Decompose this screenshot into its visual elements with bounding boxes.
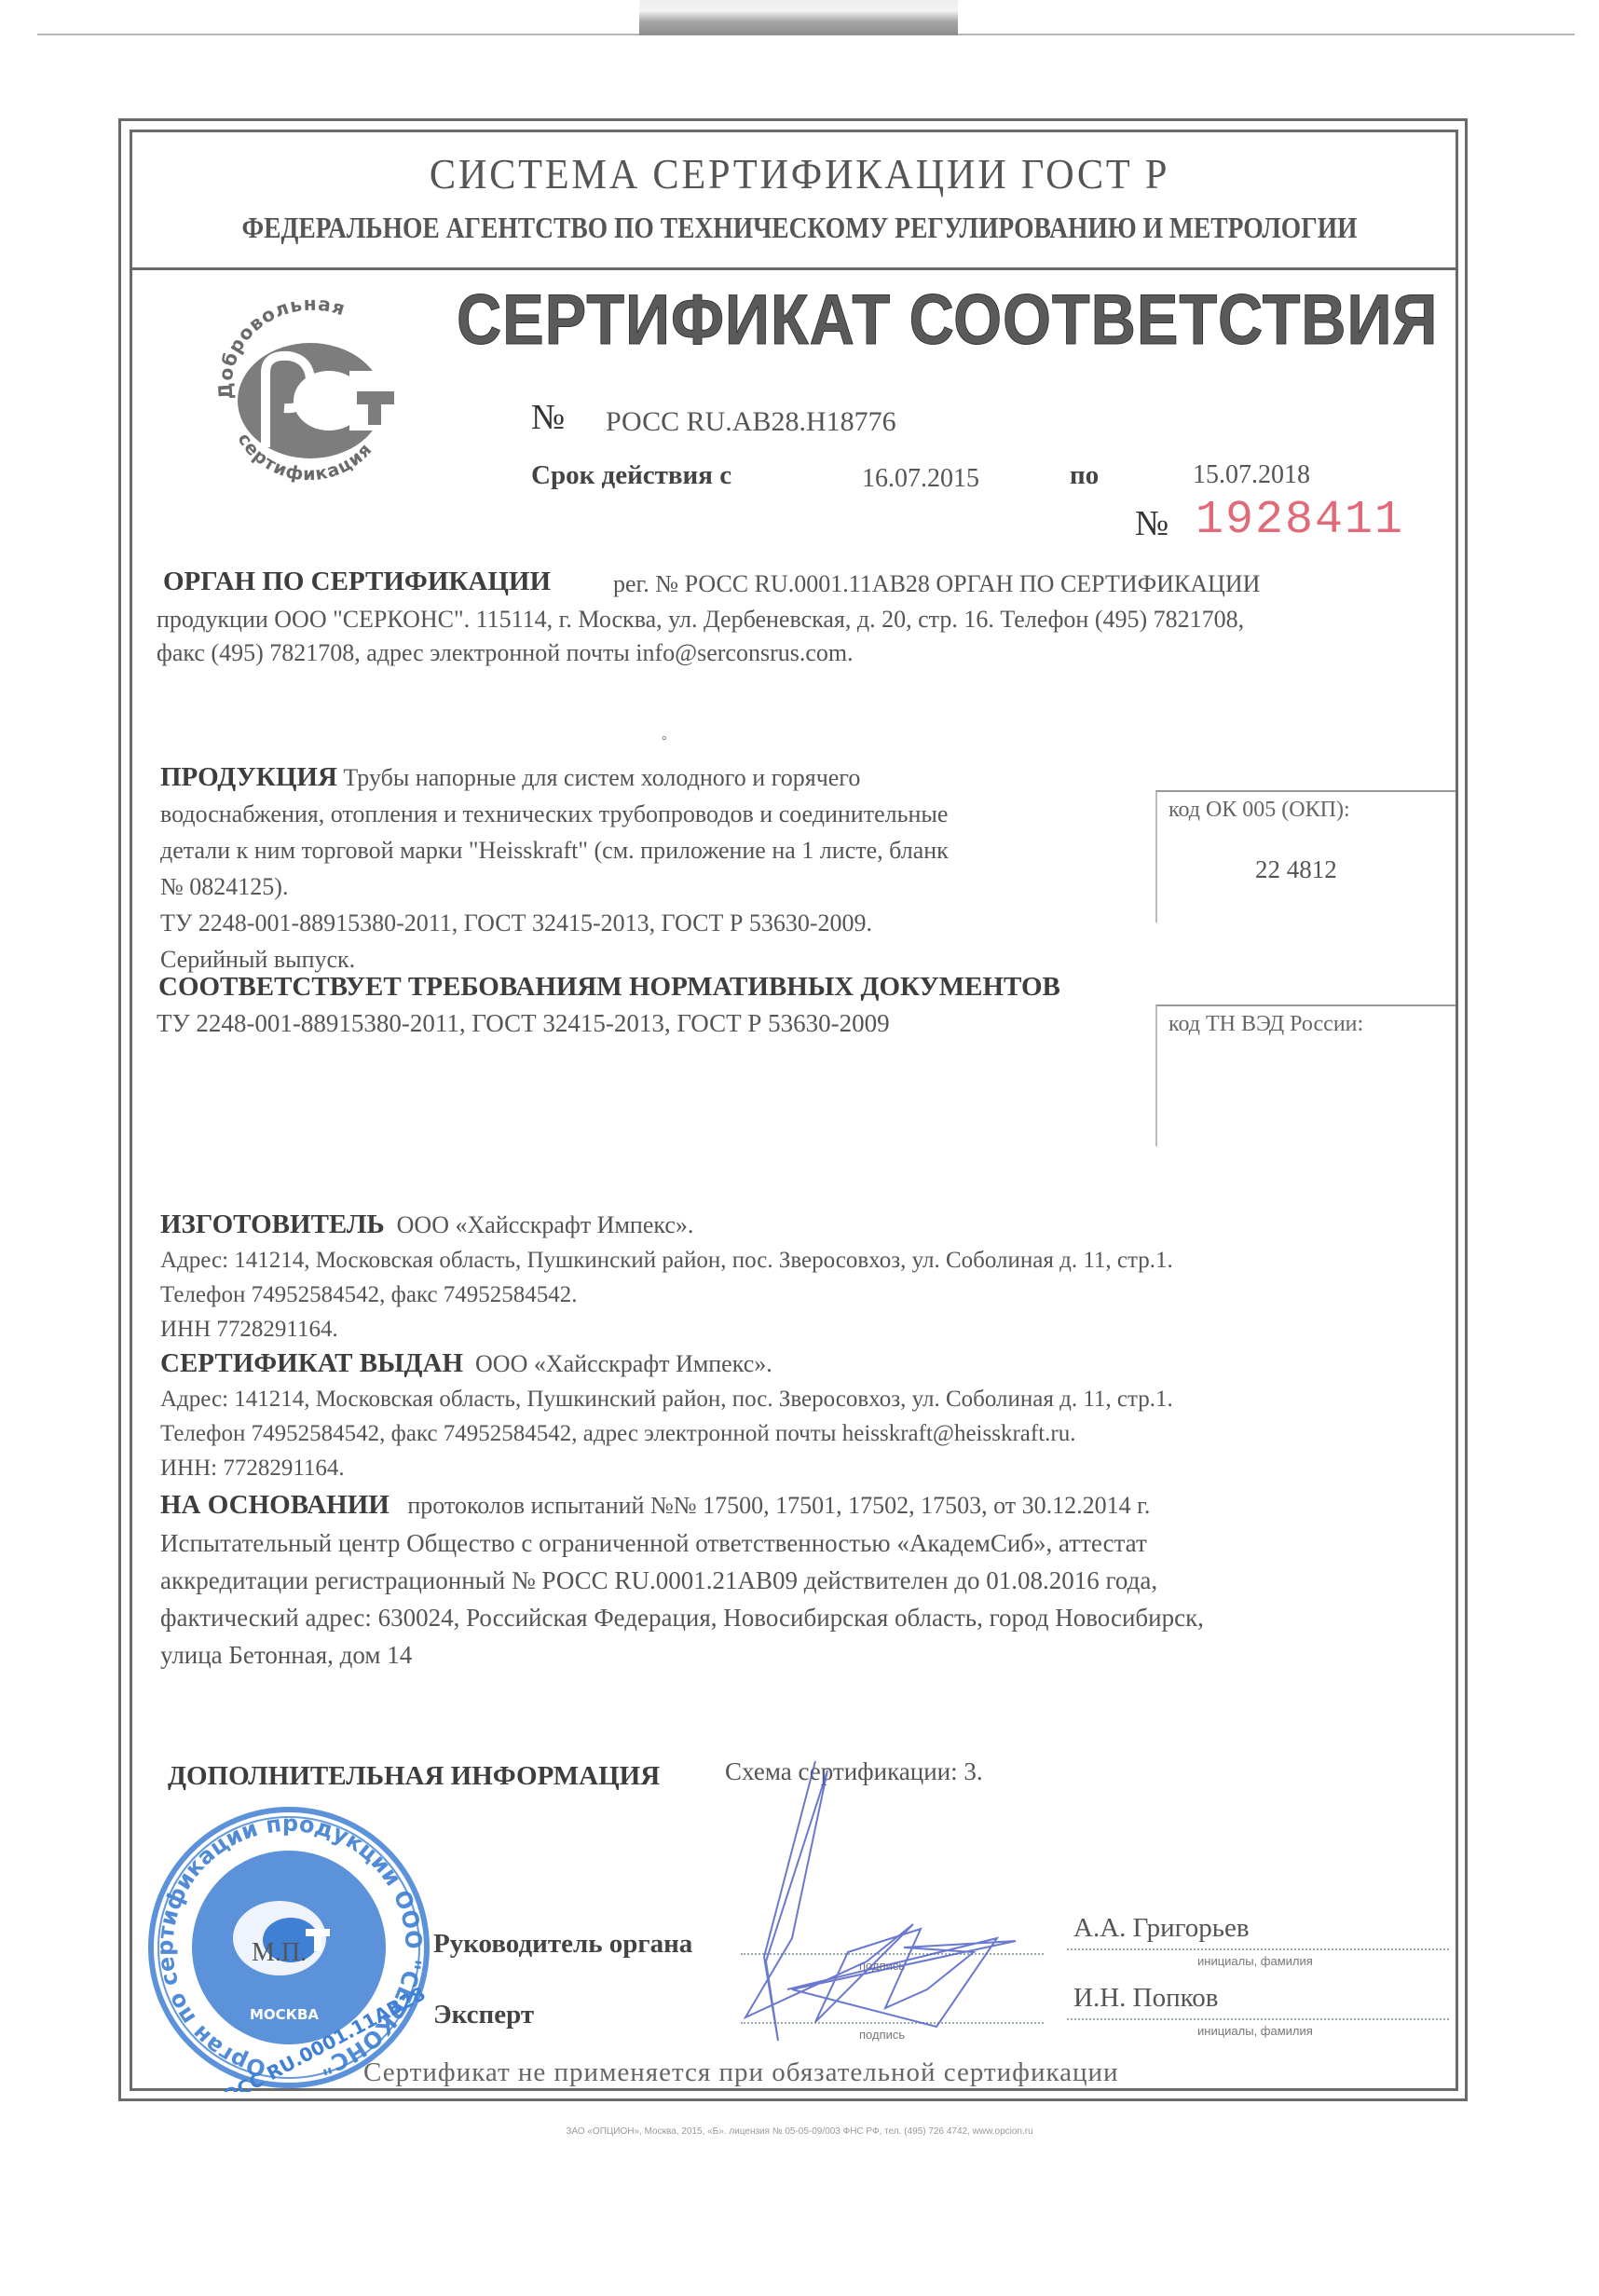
agency-title: ФЕДЕРАЛЬНОЕ АГЕНТСТВО ПО ТЕХНИЧЕСКОМУ РЕ… [112, 211, 1487, 245]
header-divider [130, 267, 1458, 270]
issued-to-name: ООО «Хайсскрафт Импекс». [475, 1350, 772, 1377]
printer-footer: ЗАО «ОПЦИОН», Москва, 2015, «Б». лицензи… [0, 2126, 1599, 2137]
conformity-label: СООТВЕТСТВУЕТ ТРЕБОВАНИЯМ НОРМАТИВНЫХ ДО… [158, 972, 1060, 1003]
head-name: А.А. Григорьев [1073, 1913, 1250, 1944]
basis-label: НА ОСНОВАНИИ [160, 1490, 389, 1520]
valid-from: 16.07.2015 [862, 464, 979, 494]
manufacturer-section: ИЗГОТОВИТЕЛЬ ООО «Хайсскрафт Импекс». Ад… [160, 1207, 1173, 1346]
manufacturer-name: ООО «Хайсскрафт Импекс». [397, 1211, 694, 1238]
additional-info-label: ДОПОЛНИТЕЛЬНАЯ ИНФОРМАЦИЯ [168, 1761, 660, 1792]
okp-code-box: код ОК 005 (ОКП): 22 4812 [1155, 790, 1455, 922]
blank-number-sign: № [1135, 503, 1168, 544]
product-section: ПРОДУКЦИЯ Трубы напорные для систем холо… [160, 759, 1148, 977]
issued-to-address: Адрес: 141214, Московская область, Пушки… [160, 1382, 1173, 1416]
product-line2: водоснабжения, отопления и технических т… [160, 796, 1148, 832]
certification-body-label: ОРГАН ПО СЕРТИФИКАЦИИ [163, 567, 551, 597]
validity-label: Срок действия с [531, 460, 731, 491]
product-line1: ПРОДУКЦИЯ Трубы напорные для систем холо… [160, 759, 1148, 796]
expert-name: И.Н. Попков [1073, 1983, 1218, 2014]
head-name-caption: инициалы, фамилия [1197, 1954, 1313, 1968]
expert-name-caption: инициалы, фамилия [1197, 2024, 1313, 2038]
system-title: СИСТЕМА СЕРТИФИКАЦИИ ГОСТ Р [64, 149, 1536, 198]
scan-mark: ° [662, 734, 667, 749]
conformity-standards: ТУ 2248-001-88915380-2011, ГОСТ 32415-20… [157, 1009, 890, 1038]
okp-code-value: 22 4812 [1255, 855, 1337, 884]
rst-voluntary-certification-logo: Добровольная сертификация [210, 298, 415, 485]
product-label: ПРОДУКЦИЯ [160, 762, 337, 792]
basis-line1: НА ОСНОВАНИИ протоколов испытаний №№ 175… [160, 1486, 1204, 1524]
head-of-body-label: Руководитель органа [433, 1929, 692, 1960]
expert-name-line [1067, 2018, 1449, 2020]
handwritten-signature [727, 1752, 1062, 2050]
seal-placeholder: М.П. [252, 1938, 307, 1968]
product-line4: № 0824125). [160, 868, 1148, 905]
number-sign: № [531, 397, 565, 438]
product-line3: детали к ним торговой марки "Heisskraft"… [160, 832, 1148, 868]
certification-body-line3: факс (495) 7821708, адрес электронной по… [157, 639, 854, 667]
manufacturer-inn: ИНН 7728291164. [160, 1312, 1173, 1346]
issued-to-section: СЕРТИФИКАТ ВЫДАН ООО «Хайсскрафт Импекс»… [160, 1346, 1173, 1485]
basis-line3: аккредитации регистрационный № РОСС RU.0… [160, 1562, 1204, 1599]
issued-to-line1: СЕРТИФИКАТ ВЫДАН ООО «Хайсскрафт Импекс»… [160, 1346, 1173, 1382]
basis-section: НА ОСНОВАНИИ протоколов испытаний №№ 175… [160, 1486, 1204, 1674]
certificate-title: СЕРТИФИКАТ СООТВЕТСТВИЯ [457, 280, 1438, 361]
tnved-code-box: код ТН ВЭД России: [1155, 1004, 1455, 1146]
valid-to-label: по [1070, 460, 1099, 491]
blank-number: 1928411 [1196, 494, 1404, 547]
basis-protocols: протоколов испытаний №№ 17500, 17501, 17… [407, 1492, 1150, 1519]
certificate-number: РОСС RU.AB28.H18776 [606, 406, 896, 438]
product-text: Трубы напорные для систем холодного и го… [343, 764, 860, 791]
scanner-tab [639, 0, 958, 35]
okp-code-label: код ОК 005 (ОКП): [1168, 798, 1350, 823]
tnved-code-label: код ТН ВЭД России: [1168, 1012, 1363, 1037]
basis-line4: фактический адрес: 630024, Российская Фе… [160, 1599, 1204, 1636]
head-name-line [1067, 1948, 1449, 1950]
manufacturer-line1: ИЗГОТОВИТЕЛЬ ООО «Хайсскрафт Импекс». [160, 1207, 1173, 1243]
valid-to: 15.07.2018 [1193, 460, 1310, 490]
issued-to-label: СЕРТИФИКАТ ВЫДАН [160, 1348, 463, 1378]
issued-to-inn: ИНН: 7728291164. [160, 1451, 1173, 1485]
basis-line5: улица Бетонная, дом 14 [160, 1636, 1204, 1674]
manufacturer-address: Адрес: 141214, Московская область, Пушки… [160, 1243, 1173, 1278]
product-standards: ТУ 2248-001-88915380-2011, ГОСТ 32415-20… [160, 905, 1148, 941]
manufacturer-label: ИЗГОТОВИТЕЛЬ [160, 1209, 385, 1239]
certification-body-line1: рег. № РОСС RU.0001.11AB28 ОРГАН ПО СЕРТ… [613, 570, 1260, 598]
svg-text:МОСКВА: МОСКВА [250, 2006, 319, 2023]
issued-to-phone: Телефон 74952584542, факс 74952584542, а… [160, 1416, 1173, 1451]
bottom-note: Сертификат не применяется при обязательн… [363, 2057, 1119, 2088]
basis-line2: Испытательный центр Общество с ограничен… [160, 1524, 1204, 1562]
certification-body-line2: продукции ООО "СЕРКОНС". 115114, г. Моск… [157, 606, 1244, 634]
manufacturer-phone: Телефон 74952584542, факс 74952584542. [160, 1278, 1173, 1312]
expert-label: Эксперт [433, 2000, 534, 2030]
